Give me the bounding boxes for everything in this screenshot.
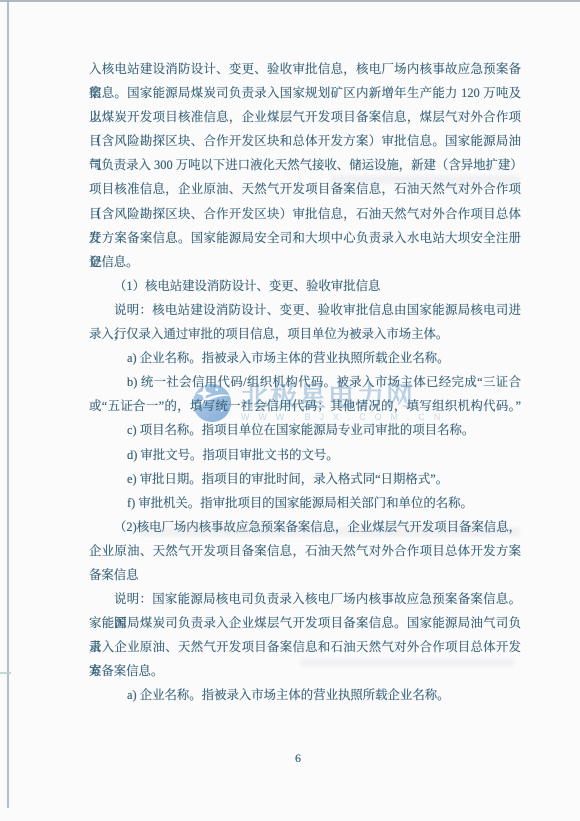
text-line: 录入企业原油、天然气开发项目备案信息和石油天然气对外合作项目总体开发方 — [89, 635, 521, 659]
text-line: （含风险勘探区块、合作开发区块和总体开发方案）审批信息。国家能源局油气 — [89, 129, 521, 153]
scan-edge-left-line — [7, 1, 9, 808]
text-line: 说明：核电站建设消防设计、变更、验收审批信息由国家能源局核电司进行 — [89, 298, 521, 322]
text-line: （2)核电厂场内核事故应急预案备案信息，企业煤层气开发项目备案信息， — [89, 515, 521, 539]
text-line: 企业原油、天然气开发项目备案信息，石油天然气对外合作项目总体开发方案 — [89, 539, 521, 563]
page-number: 6 — [0, 751, 580, 766]
text-line: 司负责录入 300 万吨以下进口液化天然气接收、储运设施，新建（含异地扩建） — [89, 153, 521, 177]
text-line: d) 审批文号。指项目审批文书的文号。 — [89, 443, 521, 467]
text-line: b) 统一社会信用代码/组织机构代码。被录入市场主体已经完成“三证合一” — [89, 370, 521, 394]
text-line: e) 审批日期。指项目的审批时间，录入格式同“日期格式”。 — [89, 467, 521, 491]
text-line: a) 企业名称。指被录入市场主体的营业执照所载企业名称。 — [89, 683, 521, 707]
text-line: （含风险勘探区块、合作开发区块）审批信息，石油天然气对外合作项目总体开 — [89, 202, 521, 226]
scan-artifact-tick — [0, 672, 11, 674]
text-line: 记信息。 — [89, 250, 521, 274]
text-line: a) 企业名称。指被录入市场主体的营业执照所载企业名称。 — [89, 346, 521, 370]
text-line: 备案信息 — [89, 563, 521, 587]
text-line: 发方案备案信息。国家能源局安全司和大坝中心负责录入水电站大坝安全注册登 — [89, 226, 521, 250]
text-line: 项目核准信息，企业原油、天然气开发项目备案信息，石油天然气对外合作项目 — [89, 177, 521, 201]
text-line: c) 项目名称。指项目单位在国家能源局专业司审批的项目名称。 — [89, 418, 521, 442]
scan-edge-top-line — [0, 0, 580, 2]
text-line: 案备案信息。 — [89, 659, 521, 683]
text-line: 入核电站建设消防设计、变更、验收审批信息，核电厂场内核事故应急预案备案 — [89, 57, 521, 81]
text-line: 家能源局煤炭司负责录入企业煤层气开发项目备案信息。国家能源局油气司负责 — [89, 611, 521, 635]
text-line: 或“五证合一”的，填写统一社会信用代码；其他情况的，填写组织机构代码。 — [89, 394, 521, 418]
text-line: 说明：国家能源局核电司负责录入核电厂场内核事故应急预案备案信息。国 — [89, 587, 521, 611]
text-line: f) 审批机关。指审批项目的国家能源局相关部门和单位的名称。 — [89, 491, 521, 515]
text-line: 上煤炭开发项目核准信息，企业煤层气开发项目备案信息，煤层气对外合作项目 — [89, 105, 521, 129]
scanned-document-page: 北极星电力网 W W W . B J X . C O M . C N 入核电站建… — [0, 0, 580, 821]
text-line: 信息。国家能源局煤炭司负责录入国家规划矿区内新增年生产能力 120 万吨及以 — [89, 81, 521, 105]
text-line: 录入，仅录入通过审批的项目信息，项目单位为被录入市场主体。 — [89, 322, 521, 346]
document-text-block: 入核电站建设消防设计、变更、验收审批信息，核电厂场内核事故应急预案备案信息。国家… — [89, 57, 521, 708]
text-line: （1）核电站建设消防设计、变更、验收审批信息 — [89, 274, 521, 298]
